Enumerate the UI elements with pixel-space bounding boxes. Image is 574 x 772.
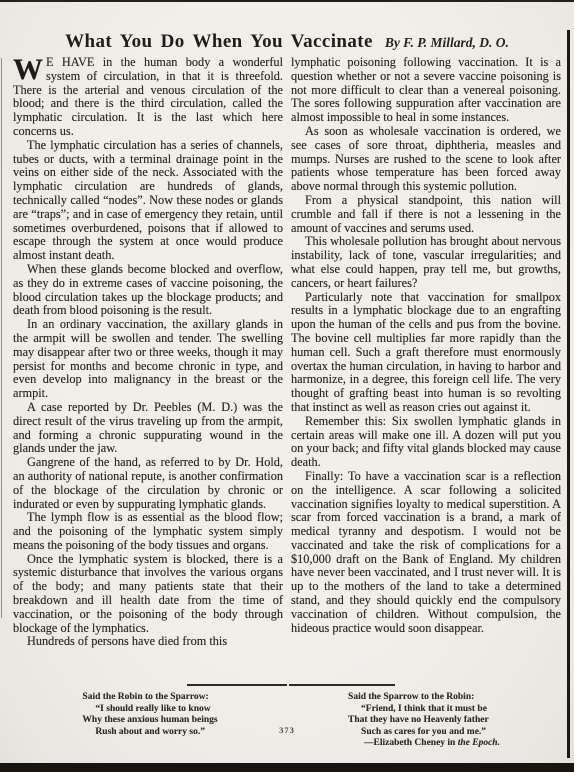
poem-line: “Friend, I think that it must be bbox=[348, 704, 500, 716]
footer-right: Said the Sparrow to the Robin: “Friend, … bbox=[287, 684, 561, 750]
paragraph: lymphatic poisoning following vaccinatio… bbox=[291, 56, 561, 125]
page-footer: Said the Robin to the Sparrow: “I should… bbox=[13, 684, 561, 750]
drop-cap: W bbox=[13, 56, 46, 82]
paragraph: Hundreds of persons have died from this bbox=[13, 635, 283, 649]
divider-rule-right-column bbox=[289, 684, 395, 686]
paragraph: When these glands become blocked and ove… bbox=[13, 263, 283, 318]
paragraph: The lymphatic circulation has a series o… bbox=[13, 139, 283, 263]
poem-attribution: —Elizabeth Cheney in the Epoch. bbox=[348, 738, 500, 750]
right-column: lymphatic poisoning following vaccinatio… bbox=[291, 56, 561, 682]
left-column: WE HAVE in the human body a wonderful sy… bbox=[13, 56, 283, 682]
divider-rule-left-column bbox=[187, 684, 287, 686]
paragraph: A case reported by Dr. Peebles (M. D.) w… bbox=[13, 401, 283, 456]
page-edge-top bbox=[0, 0, 574, 2]
poem-line: Said the Sparrow to the Robin: bbox=[348, 692, 500, 704]
paragraph: Gangrene of the hand, as referred to by … bbox=[13, 456, 283, 511]
paragraph: As soon as wholesale vaccination is orde… bbox=[291, 125, 561, 194]
page-edge-left bbox=[1, 58, 2, 618]
paragraph: The lymph flow is as essential as the bl… bbox=[13, 511, 283, 552]
scanned-page: What You Do When You VaccinateBy F. P. M… bbox=[0, 0, 574, 772]
poem-line: Said the Robin to the Sparrow: bbox=[82, 692, 217, 704]
paragraph: Remember this: Six swollen lymphatic gla… bbox=[291, 415, 561, 470]
byline: By F. P. Millard, D. O. bbox=[385, 35, 509, 50]
page-number: 373 bbox=[0, 725, 574, 735]
sparrow-poem: Said the Sparrow to the Robin: “Friend, … bbox=[348, 692, 500, 750]
paragraph: Once the lymphatic system is blocked, th… bbox=[13, 553, 283, 636]
paragraph: WE HAVE in the human body a wonderful sy… bbox=[13, 56, 283, 139]
page-title: What You Do When You Vaccinate bbox=[65, 31, 373, 52]
paragraph: In an ordinary vaccination, the axillary… bbox=[13, 318, 283, 401]
footer-left: Said the Robin to the Sparrow: “I should… bbox=[13, 684, 287, 750]
poem-line: “I should really like to know bbox=[82, 704, 217, 716]
article-header: What You Do When You VaccinateBy F. P. M… bbox=[0, 31, 574, 53]
paragraph: From a physical standpoint, this nation … bbox=[291, 194, 561, 235]
paragraph: Finally: To have a vaccination scar is a… bbox=[291, 470, 561, 636]
paragraph-text: E HAVE in the human body a wonderful sys… bbox=[13, 56, 283, 138]
paragraph: This wholesale pollution has brought abo… bbox=[291, 235, 561, 290]
attribution-source: the Epoch. bbox=[458, 738, 500, 748]
page-edge-right bbox=[567, 30, 570, 758]
attribution-author: —Elizabeth Cheney in bbox=[364, 738, 458, 748]
page-edge-bottom bbox=[0, 763, 574, 772]
article-body: WE HAVE in the human body a wonderful sy… bbox=[13, 56, 561, 682]
paragraph: Particularly note that vaccination for s… bbox=[291, 291, 561, 415]
